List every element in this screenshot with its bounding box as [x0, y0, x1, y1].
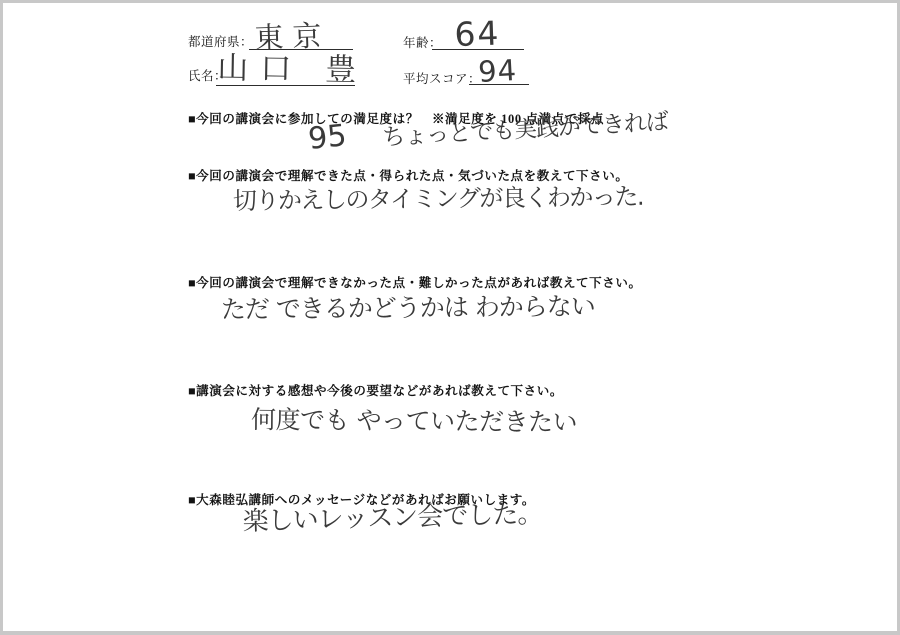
- age-handwritten-value: 64: [454, 16, 501, 51]
- understood-points-answer-handwritten: 切りかえしのタイミングが良くわかった.: [233, 185, 643, 213]
- impressions-answer-handwritten: 何度でも やっていただきたい: [251, 407, 577, 435]
- message-answer-handwritten: 楽しいレッスン会でした。: [242, 501, 542, 535]
- scanned-feedback-form: 都道府県： 東京 年齢： 64 氏名： 山口 豊 平均スコア： 94 ■今回の講…: [0, 0, 900, 635]
- question-impressions-label: ■講演会に対する感想や今後の要望などがあれば教えて下さい。: [188, 381, 563, 399]
- satisfaction-score-handwritten: 95: [307, 121, 348, 155]
- difficult-points-answer-handwritten: ただ できるかどうかは わからない: [221, 294, 595, 322]
- question-understood-points-label: ■今回の講演会で理解できた点・得られた点・気づいた点を教えて下さい。: [188, 166, 628, 184]
- average-score-handwritten-value: 94: [477, 56, 517, 87]
- question-difficult-points-label: ■今回の講演会で理解できなかった点・難しかった点があれば教えて下さい。: [188, 273, 642, 291]
- prefecture-handwritten-value: 東京: [254, 21, 331, 53]
- name-handwritten-value: 山口 豊: [217, 53, 368, 87]
- prefecture-label: 都道府県：: [188, 32, 253, 50]
